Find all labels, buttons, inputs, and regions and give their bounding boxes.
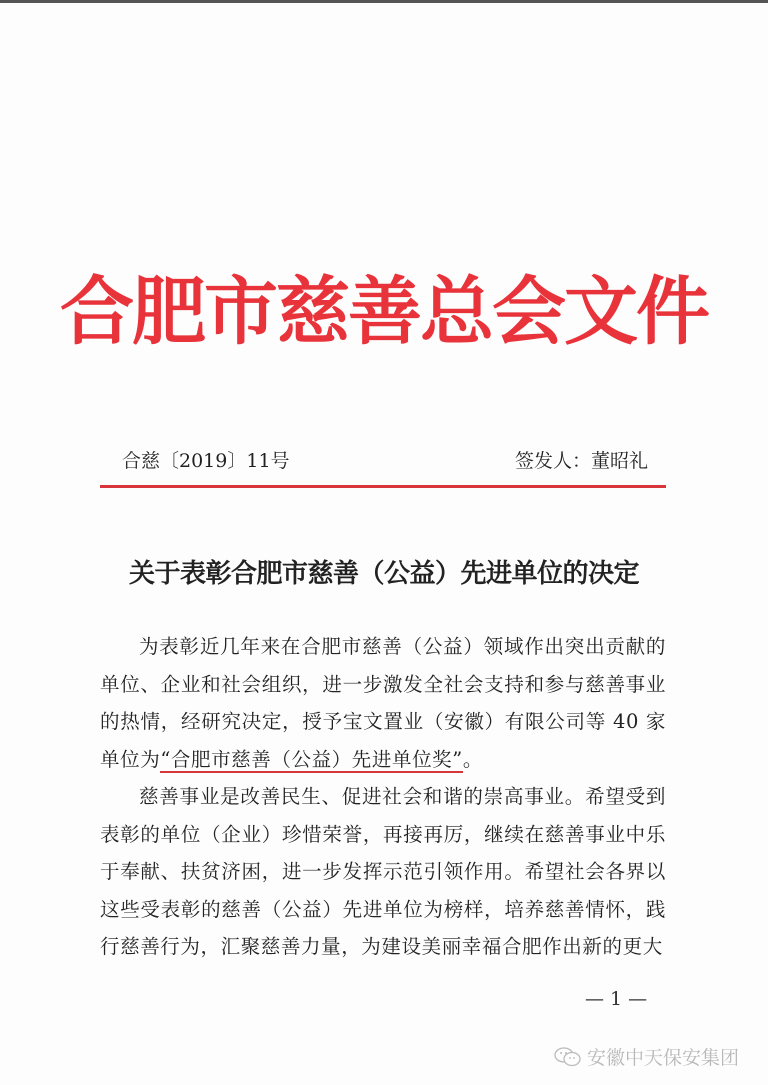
- signer-name: 董昭礼: [591, 450, 648, 472]
- award-name: “合肥市慈善（公益）先进单位奖”: [160, 748, 463, 773]
- page-number: — 1 —: [585, 988, 647, 1010]
- masthead-title: 合肥市慈善总会文件: [0, 262, 768, 362]
- watermark-text: 安徽中天保安集团: [587, 1043, 739, 1070]
- paragraph-1: 为表彰近几年来在合肥市慈善（公益）领域作出突出贡献的单位、企业和社会组织，进一步…: [100, 628, 666, 778]
- paragraph-2: 慈善事业是改善民生、促进社会和谐的崇高事业。希望受到表彰的单位（企业）珍惜荣誉，…: [100, 778, 666, 966]
- document-title: 关于表彰合肥市慈善（公益）先进单位的决定: [0, 553, 768, 590]
- watermark: 安徽中天保安集团: [553, 1043, 739, 1070]
- signer-label: 签发人：: [515, 450, 591, 472]
- wechat-icon: [553, 1046, 583, 1068]
- paragraph-1-end: 。: [463, 748, 483, 771]
- document-body: 为表彰近几年来在合肥市慈善（公益）领域作出突出贡献的单位、企业和社会组织，进一步…: [100, 628, 666, 966]
- red-divider: [100, 485, 666, 488]
- document-number: 合慈〔2019〕11号: [122, 446, 290, 473]
- scan-top-edge: [0, 0, 768, 3]
- signer: 签发人：董昭礼: [515, 446, 648, 473]
